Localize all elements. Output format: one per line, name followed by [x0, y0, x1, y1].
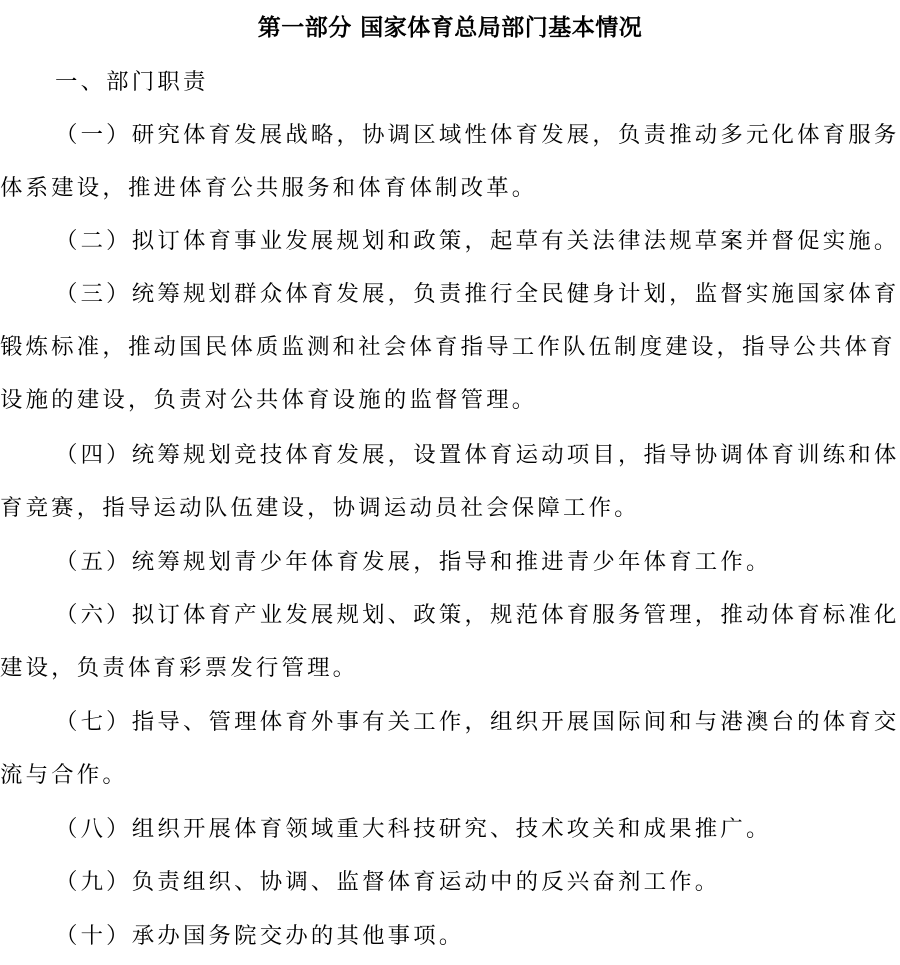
paragraph-6-line-1: （六）拟订体育产业发展规划、政策，规范体育服务管理，推动体育标准化	[55, 599, 900, 631]
paragraph-3-line-1: （三）统筹规划群众体育发展，负责推行全民健身计划，监督实施国家体育	[55, 278, 900, 310]
paragraph-6-line-2: 建设，负责体育彩票发行管理。	[0, 652, 900, 684]
paragraph-8-line-1: （八）组织开展体育领域重大科技研究、技术攻关和成果推广。	[55, 813, 900, 845]
paragraph-1-line-2: 体系建设，推进体育公共服务和体育体制改革。	[0, 172, 900, 204]
paragraph-2-line-1: （二）拟订体育事业发展规划和政策，起草有关法律法规草案并督促实施。	[55, 225, 900, 257]
paragraph-4-line-2: 育竞赛，指导运动队伍建设，协调运动员社会保障工作。	[0, 492, 900, 524]
paragraph-5-line-1: （五）统筹规划青少年体育发展，指导和推进青少年体育工作。	[55, 546, 900, 578]
paragraph-7-line-2: 流与合作。	[0, 759, 900, 791]
paragraph-9-line-1: （九）负责组织、协调、监督体育运动中的反兴奋剂工作。	[55, 866, 900, 898]
paragraph-10-line-1: （十）承办国务院交办的其他事项。	[55, 920, 900, 952]
paragraph-3-line-2: 锻炼标准，推动国民体质监测和社会体育指导工作队伍制度建设，指导公共体育	[0, 331, 900, 363]
document-page: 第一部分 国家体育总局部门基本情况 一、部门职责 （一）研究体育发展战略，协调区…	[0, 0, 900, 965]
paragraph-4-line-1: （四）统筹规划竞技体育发展，设置体育运动项目，指导协调体育训练和体	[55, 439, 900, 471]
page-title: 第一部分 国家体育总局部门基本情况	[0, 12, 900, 44]
section-heading: 一、部门职责	[55, 66, 900, 98]
paragraph-1-line-1: （一）研究体育发展战略，协调区域性体育发展，负责推动多元化体育服务	[55, 119, 900, 151]
paragraph-3-line-3: 设施的建设，负责对公共体育设施的监督管理。	[0, 384, 900, 416]
paragraph-7-line-1: （七）指导、管理体育外事有关工作，组织开展国际间和与港澳台的体育交	[55, 706, 900, 738]
